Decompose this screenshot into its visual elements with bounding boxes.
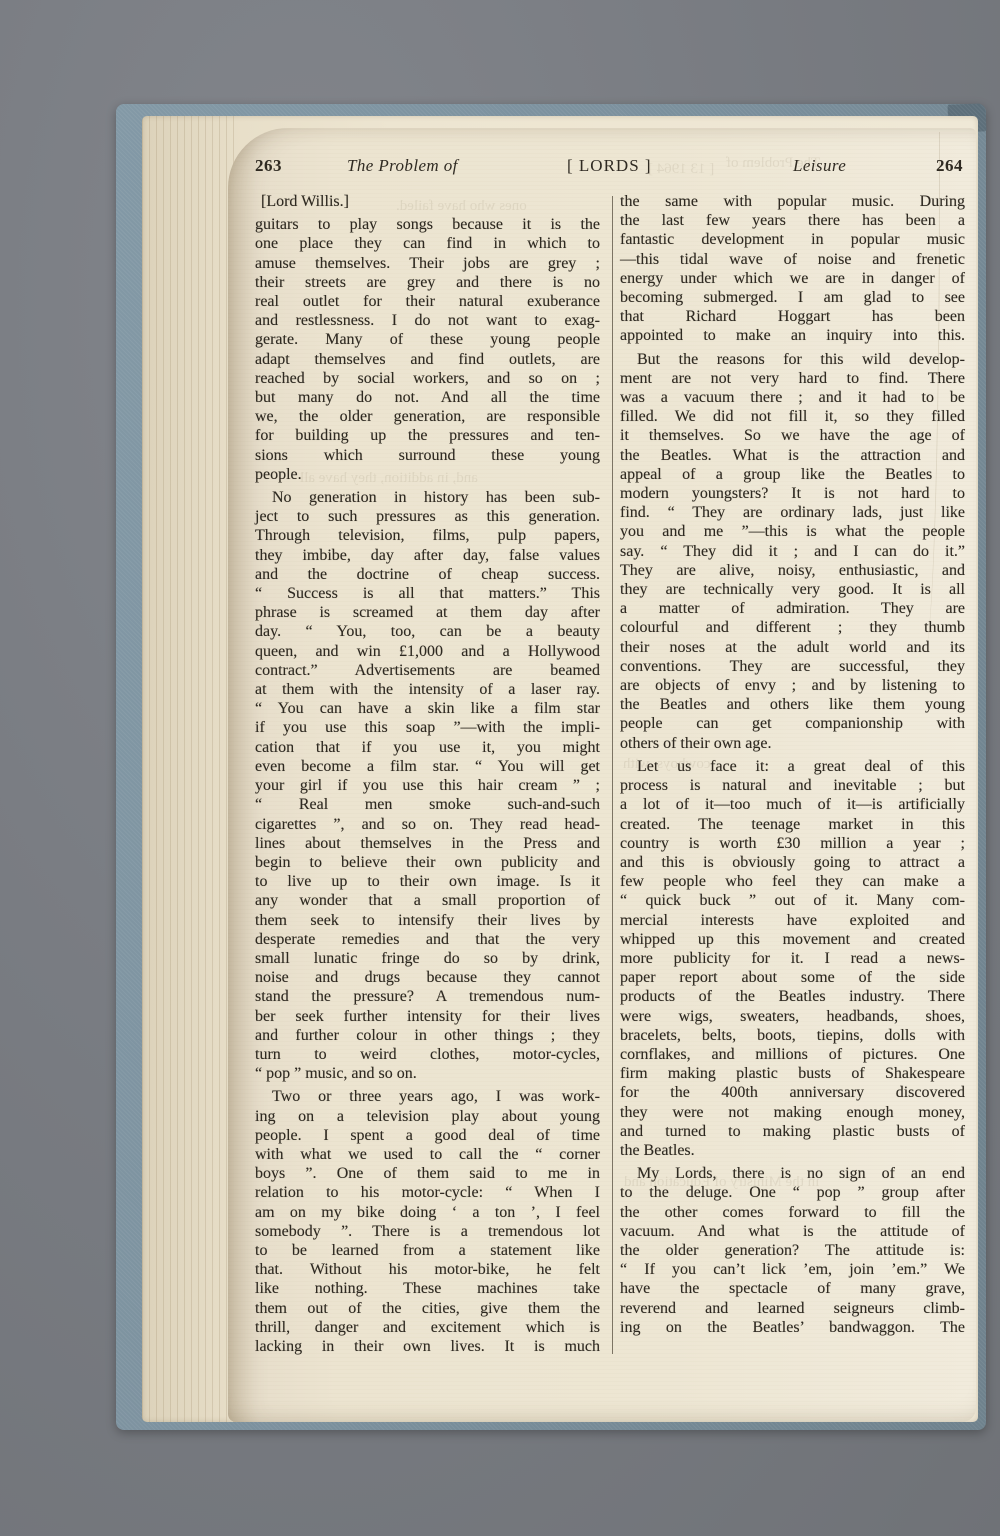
- text-line: —this tidal wave of noise and frenetic: [620, 250, 965, 269]
- text-line: mercial interests have exploited and: [620, 911, 965, 930]
- text-line: ing on a television play about young: [255, 1107, 600, 1126]
- paragraph: No generation in history has been sub-je…: [255, 488, 600, 1083]
- text-line: whipped up this movement and created: [620, 930, 965, 949]
- text-line: gerate. Many of these young people: [255, 330, 600, 349]
- text-line: “ If you can’t lick ’em, join ’em.” We: [620, 1260, 965, 1279]
- text-line: with what we used to call the “ corner: [255, 1145, 600, 1164]
- text-line: noise and drugs because they cannot: [255, 968, 600, 987]
- text-line: was a vacuum there ; and it had to be: [620, 388, 965, 407]
- text-line: they imbibe, day after day, false values: [255, 546, 600, 565]
- text-line: ber seek further intensity for their liv…: [255, 1007, 600, 1026]
- text-line: paper report about some of the side: [620, 968, 965, 987]
- paragraph: Two or three years ago, I was work-ing o…: [255, 1087, 600, 1356]
- text-line: your girl if you use this hair cream ” ;: [255, 776, 600, 795]
- text-line: stand the pressure? A tremendous num-: [255, 987, 600, 1006]
- text-line: They are alive, noisy, enthusiastic, and: [620, 561, 965, 580]
- text-line: reverend and learned seigneurs climb-: [620, 1299, 965, 1318]
- text-line: the older generation? The attitude is:: [620, 1241, 965, 1260]
- chamber-heading: [ LORDS ]: [567, 156, 652, 176]
- text-line: to the deluge. One “ pop ” group after: [620, 1183, 965, 1202]
- text-line: “ Success is all that matters.” This: [255, 584, 600, 603]
- running-header: 263 The Problem of [ LORDS ] Leisure 264: [255, 156, 965, 178]
- running-title-right: Leisure: [793, 156, 846, 176]
- text-line: them out of the cities, give them the: [255, 1299, 600, 1318]
- text-line: the last few years there has been a: [620, 211, 965, 230]
- running-title-left: The Problem of: [347, 156, 458, 176]
- text-line: that Richard Hoggart has been: [620, 307, 965, 326]
- text-line: becoming submerged. I am glad to see: [620, 288, 965, 307]
- column-number-left: 263: [255, 156, 282, 176]
- text-line: to be learned from a statement like: [255, 1241, 600, 1260]
- text-line: if you use this soap ”—with the impli-: [255, 718, 600, 737]
- text-line: few people who feel they can make a: [620, 872, 965, 891]
- text-line: people.: [255, 465, 600, 484]
- text-line: have the spectacle of many grave,: [620, 1279, 965, 1298]
- text-line: queen, and win £1,000 and a Hollywood: [255, 642, 600, 661]
- text-line: for building up the pressures and ten-: [255, 426, 600, 445]
- text-line: phrase is screamed at them day after: [255, 603, 600, 622]
- text-line: contract.” Advertisements are beamed: [255, 661, 600, 680]
- text-line: the Beatles and others like them young: [620, 695, 965, 714]
- text-line: find. “ They are ordinary lads, just lik…: [620, 503, 965, 522]
- text-line: desperate remedies and that the very: [255, 930, 600, 949]
- column-right: the same with popular music. Duringthe l…: [620, 192, 965, 1356]
- text-line: created. The teenage market in this: [620, 815, 965, 834]
- text-line: process is natural and inevitable ; but: [620, 776, 965, 795]
- text-line: and the doctrine of cheap success.: [255, 565, 600, 584]
- text-line: more publicity for it. I read a news-: [620, 949, 965, 968]
- text-line: filled. We did not fill it, so they fill…: [620, 407, 965, 426]
- text-line: we, the older generation, are responsibl…: [255, 407, 600, 426]
- text-line: were wigs, sweaters, headbands, shoes,: [620, 1007, 965, 1026]
- text-line: “ quick buck ” out of it. Many com-: [620, 891, 965, 910]
- text-line: thrill, danger and excitement which is: [255, 1318, 600, 1337]
- text-line: ment are not very hard to find. There: [620, 369, 965, 388]
- text-line: they are technically very good. It is al…: [620, 580, 965, 599]
- text-line: real outlet for their natural exuberance: [255, 292, 600, 311]
- text-line: Two or three years ago, I was work-: [255, 1087, 600, 1106]
- text-line: people can get companionship with: [620, 714, 965, 733]
- text-line: adapt themselves and find outlets, are: [255, 350, 600, 369]
- text-line: day. “ You, too, can be a beauty: [255, 622, 600, 641]
- text-line: people. I spent a good deal of time: [255, 1126, 600, 1145]
- text-line: the Beatles. What is the attraction and: [620, 446, 965, 465]
- text-line: relation to his motor-cycle: “ When I: [255, 1183, 600, 1202]
- text-line: begin to believe their own publicity and: [255, 853, 600, 872]
- text-line: energy under which we are in danger of: [620, 269, 965, 288]
- text-line: cornflakes, and millions of pictures. On…: [620, 1045, 965, 1064]
- text-line: small lunatic fringe do so by drink,: [255, 949, 600, 968]
- column-left: [Lord Willis.]guitars to play songs beca…: [255, 192, 600, 1356]
- text-line: say. “ They did it ; and I can do it.”: [620, 542, 965, 561]
- text-line: modern youngsters? It is not hard to: [620, 484, 965, 503]
- text-line: somebody ”. There is a tremendous lot: [255, 1222, 600, 1241]
- text-line: fantastic development in popular music: [620, 230, 965, 249]
- paragraph: guitars to play songs because it is theo…: [255, 215, 600, 484]
- text-line: am on my bike doing ‘ a ton ’, I feel: [255, 1203, 600, 1222]
- text-line: appeal of a group like the Beatles to: [620, 465, 965, 484]
- text-line: reached by social workers, and so on ;: [255, 369, 600, 388]
- paragraph: Let us face it: a great deal of thisproc…: [620, 757, 965, 1160]
- text-line: you and me ”—this is what the people: [620, 522, 965, 541]
- text-line: cation that if you use it, you might: [255, 738, 600, 757]
- text-line: boys ”. One of them said to me in: [255, 1164, 600, 1183]
- text-line: “ pop ” music, and so on.: [255, 1064, 600, 1083]
- text-line: “ Real men smoke such-and-such: [255, 795, 600, 814]
- text-line: one place they can find in which to: [255, 234, 600, 253]
- text-line: ing on the Beatles’ bandwaggon. The: [620, 1318, 965, 1337]
- text-columns: [Lord Willis.]guitars to play songs beca…: [255, 192, 965, 1356]
- text-line: Through television, films, pulp papers,: [255, 526, 600, 545]
- text-line: lacking in their own lives. It is much: [255, 1337, 600, 1356]
- text-line: at them with the intensity of a laser ra…: [255, 680, 600, 699]
- text-line: it themselves. So we have the age of: [620, 426, 965, 445]
- text-line: that. Without his motor-bike, he felt: [255, 1260, 600, 1279]
- text-line: country is worth £30 million a year ;: [620, 834, 965, 853]
- speaker-continuation-note: [Lord Willis.]: [255, 192, 600, 211]
- text-line: appointed to make an inquiry into this.: [620, 326, 965, 345]
- text-line: the same with popular music. During: [620, 192, 965, 211]
- text-line: No generation in history has been sub-: [255, 488, 600, 507]
- text-line: firm making plastic busts of Shakespeare: [620, 1064, 965, 1083]
- text-line: cigarettes ”, and so on. They read head-: [255, 815, 600, 834]
- text-line: a lot of it—too much of it—is artificial…: [620, 795, 965, 814]
- text-line: but many do not. And all the time: [255, 388, 600, 407]
- text-line: the other comes forward to fill the: [620, 1203, 965, 1222]
- text-line: Let us face it: a great deal of this: [620, 757, 965, 776]
- text-line: and restlessness. I do not want to exag-: [255, 311, 600, 330]
- text-line: guitars to play songs because it is the: [255, 215, 600, 234]
- text-line: conventions. They are successful, they: [620, 657, 965, 676]
- text-line: for the 400th anniversary discovered: [620, 1083, 965, 1102]
- text-line: to live up to their own image. Is it: [255, 872, 600, 891]
- text-line: turn to weird clothes, motor-cycles,: [255, 1045, 600, 1064]
- text-line: their noses at the adult world and its: [620, 638, 965, 657]
- text-line: their streets are grey and there is no: [255, 273, 600, 292]
- paragraph: the same with popular music. Duringthe l…: [620, 192, 965, 346]
- paragraph: But the reasons for this wild develop-me…: [620, 350, 965, 753]
- text-line: and turned to making plastic busts of: [620, 1122, 965, 1141]
- text-line: amuse themselves. Their jobs are grey ;: [255, 254, 600, 273]
- text-line: vacuum. And what is the attitude of: [620, 1222, 965, 1241]
- text-line: “ You can have a skin like a film star: [255, 699, 600, 718]
- column-number-right: 264: [936, 156, 963, 176]
- fore-edge-striations: [142, 116, 240, 1422]
- text-line: ject to such pressures as this generatio…: [255, 507, 600, 526]
- text-line: and further colour in other things ; the…: [255, 1026, 600, 1045]
- text-line: like nothing. These machines take: [255, 1279, 600, 1298]
- book-page: 263 The Problem of [ LORDS ] Leisure 264…: [228, 128, 976, 1422]
- text-line: others of their own age.: [620, 734, 965, 753]
- text-line: lines about themselves in the Press and: [255, 834, 600, 853]
- paragraph: My Lords, there is no sign of an endto t…: [620, 1164, 965, 1337]
- text-line: and this is obviously going to attract a: [620, 853, 965, 872]
- text-line: any wonder that a small proportion of: [255, 891, 600, 910]
- text-line: the Beatles.: [620, 1141, 965, 1160]
- text-line: even become a film star. “ You will get: [255, 757, 600, 776]
- text-line: bracelets, belts, boots, tiepins, dolls …: [620, 1026, 965, 1045]
- text-line: colourful and different ; they thumb: [620, 618, 965, 637]
- text-line: But the reasons for this wild develop-: [620, 350, 965, 369]
- text-line: sions which surround these young: [255, 446, 600, 465]
- text-line: products of the Beatles industry. There: [620, 987, 965, 1006]
- text-line: are objects of envy ; and by listening t…: [620, 676, 965, 695]
- text-line: a matter of admiration. They are: [620, 599, 965, 618]
- text-line: they were not making enough money,: [620, 1103, 965, 1122]
- text-line: them seek to intensify their lives by: [255, 911, 600, 930]
- text-line: My Lords, there is no sign of an end: [620, 1164, 965, 1183]
